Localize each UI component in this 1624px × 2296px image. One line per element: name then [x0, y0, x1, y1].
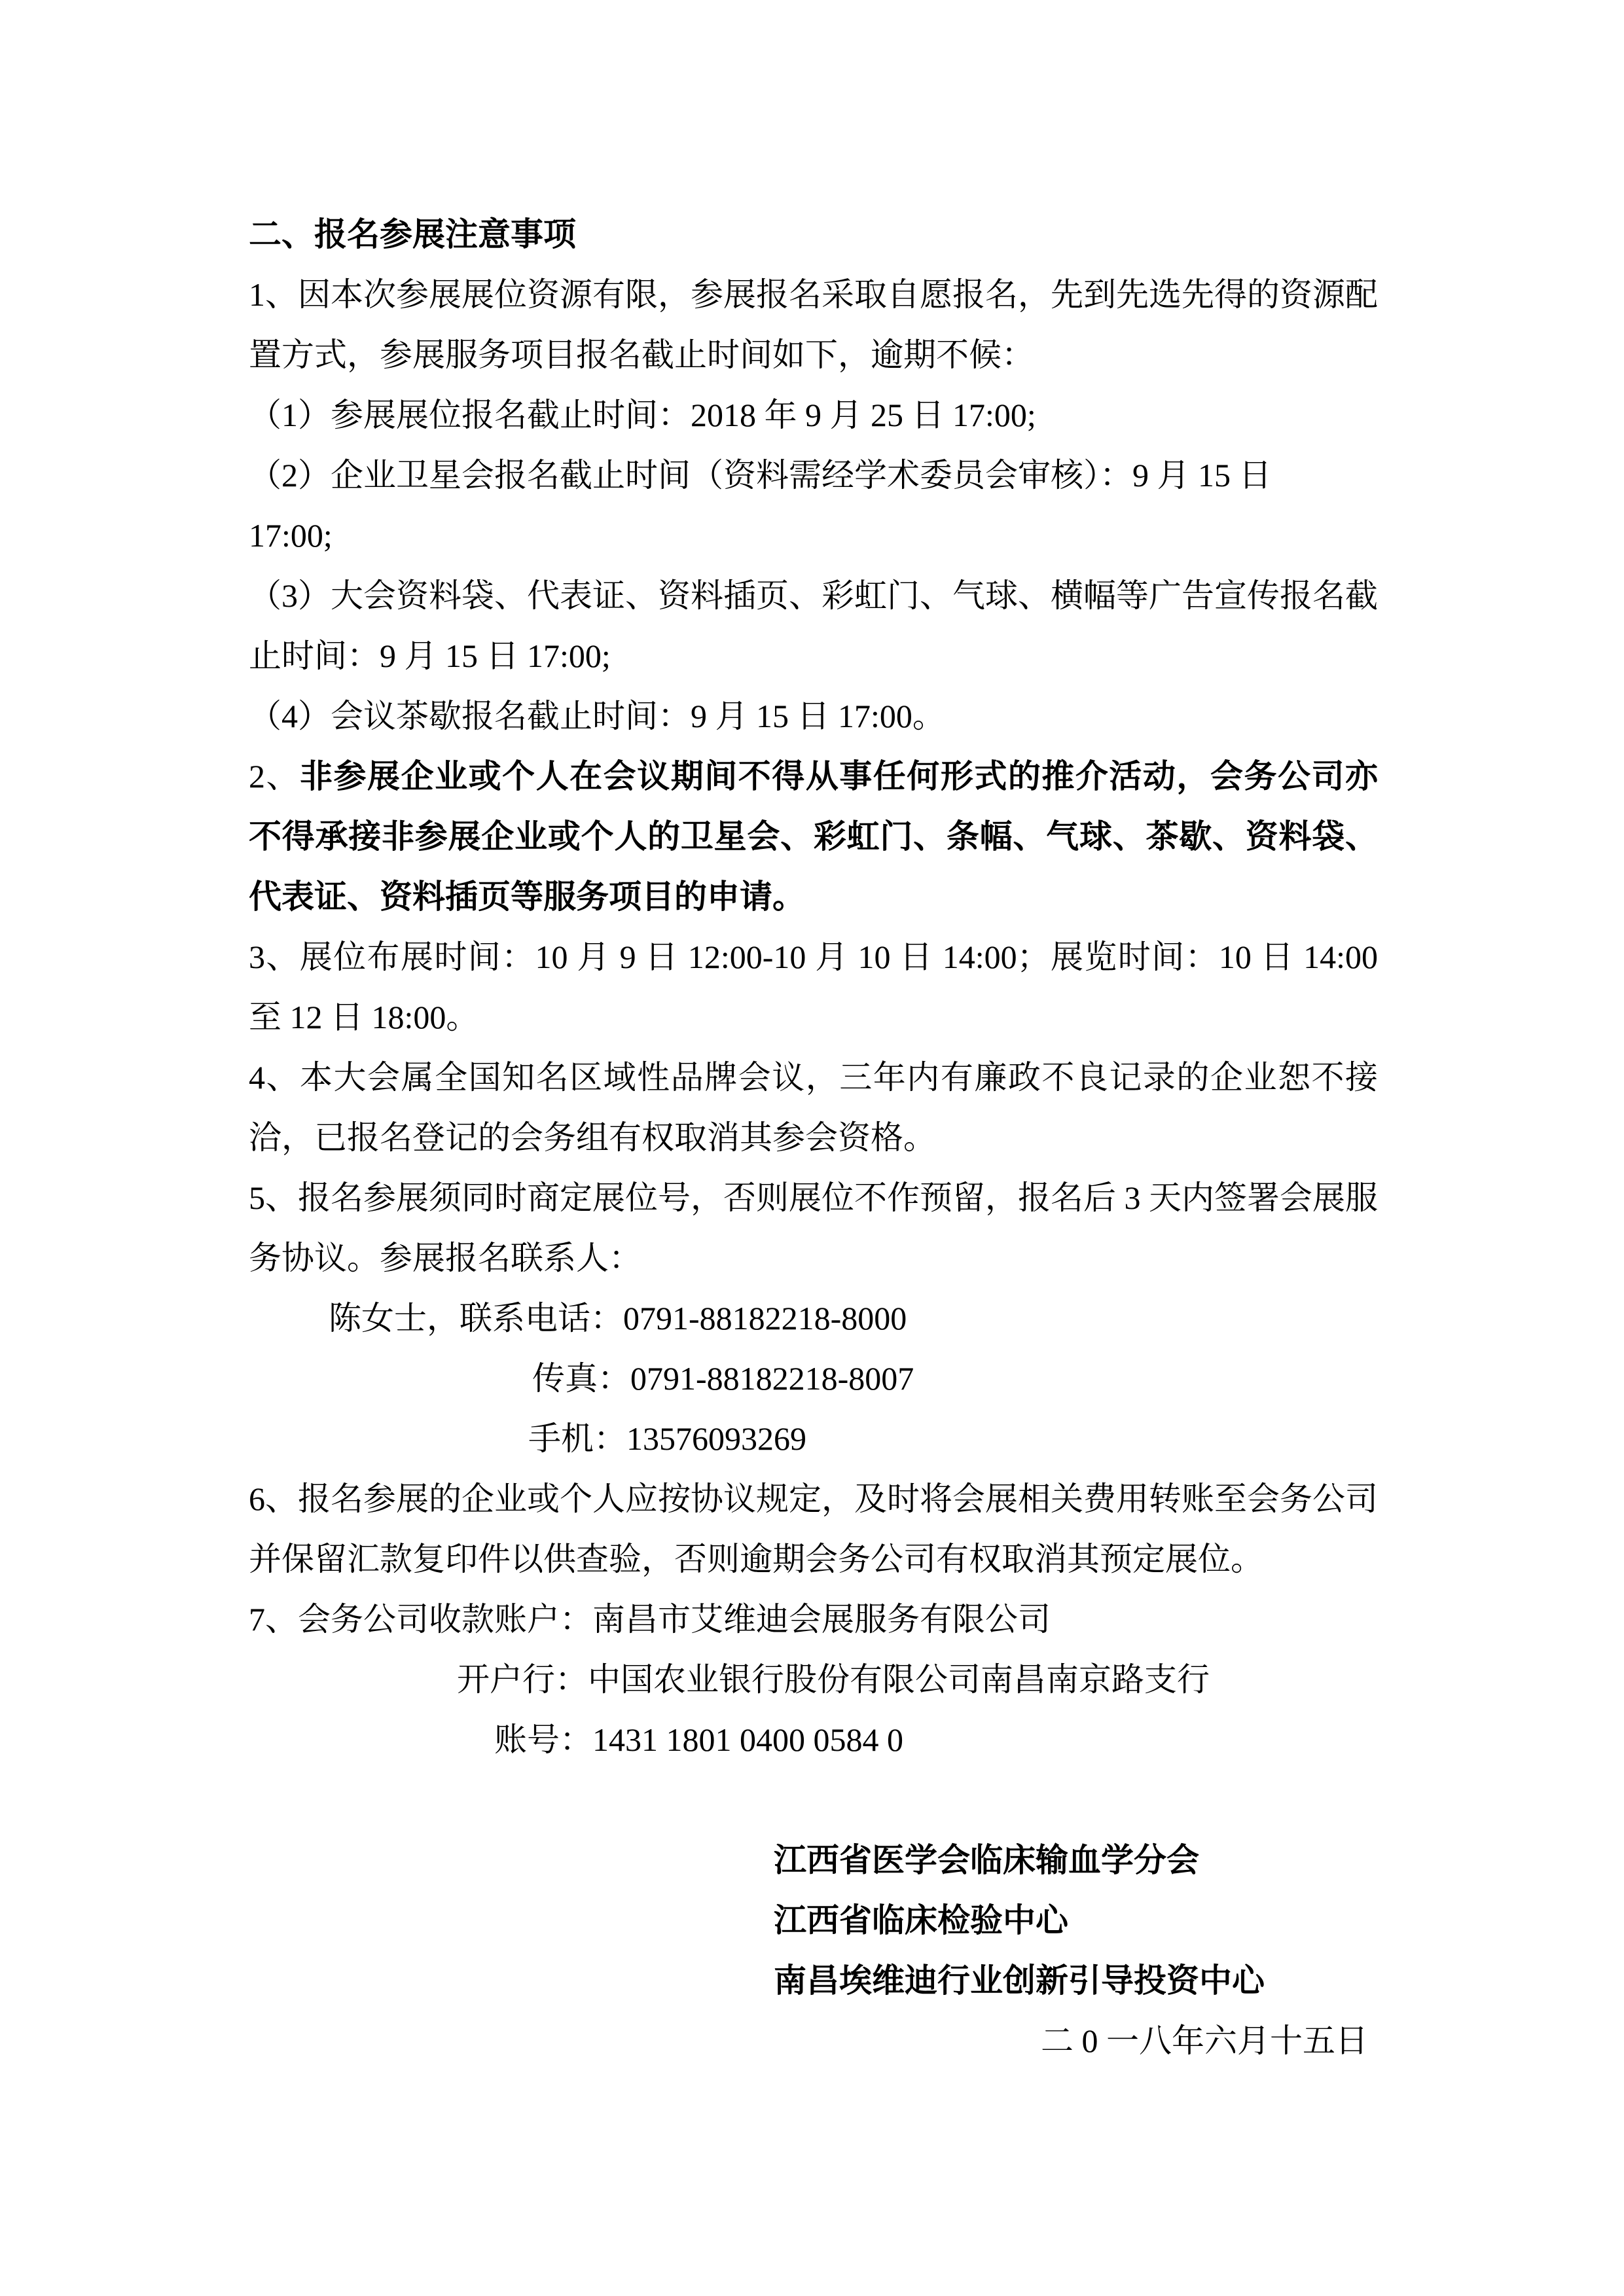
item-2-line-3: 代表证、资料插页等服务项目的申请。 — [249, 867, 1378, 927]
text-segment: 1、因本次参展展位资源有限，参展报名采取自愿报名，先到先选先得的资源配 — [249, 276, 1378, 313]
item-5-line-1: 5、报名参展须同时商定展位号，否则展位不作预留，报名后 3 天内签署会展服 — [249, 1168, 1378, 1228]
signature-org-2: 江西省临床检验中心 — [249, 1890, 1378, 1950]
text-segment: 开户行：中国农业银行股份有限公司南昌南京路支行 — [457, 1661, 1210, 1698]
text-segment: 5、报名参展须同时商定展位号，否则展位不作预留，报名后 3 天内签署会展服 — [249, 1179, 1378, 1216]
item-4-line-2: 洽，已报名登记的会务组有权取消其参会资格。 — [249, 1107, 1378, 1168]
item-2-line-2: 不得承接非参展企业或个人的卫星会、彩虹门、条幅、气球、茶歇、资料袋、 — [249, 806, 1378, 867]
text-segment: 2、 — [249, 758, 300, 795]
item-6-line-1: 6、报名参展的企业或个人应按协议规定，及时将会展相关费用转账至会务公司 — [249, 1469, 1378, 1529]
text-segment: （3）大会资料袋、代表证、资料插页、彩虹门、气球、横幅等广告宣传报名截 — [249, 577, 1378, 614]
text-segment: 洽，已报名登记的会务组有权取消其参会资格。 — [249, 1119, 936, 1156]
bold-text-segment: 代表证、资料插页等服务项目的申请。 — [249, 878, 805, 915]
item-2-line-1: 2、非参展企业或个人在会议期间不得从事任何形式的推介活动，会务公司亦 — [249, 746, 1378, 806]
bold-text-segment: 不得承接非参展企业或个人的卫星会、彩虹门、条幅、气球、茶歇、资料袋、 — [249, 818, 1378, 855]
text-segment: 并保留汇款复印件以供查验，否则逾期会务公司有权取消其预定展位。 — [249, 1541, 1263, 1577]
text-segment: 6、报名参展的企业或个人应按协议规定，及时将会展相关费用转账至会务公司 — [249, 1480, 1378, 1517]
signature-org-3: 南昌埃维迪行业创新引导投资中心 — [249, 1950, 1378, 2011]
item-4-line-1: 4、本大会属全国知名区域性品牌会议，三年内有廉政不良记录的企业恕不接 — [249, 1047, 1378, 1107]
text-segment: （4）会议茶歇报名截止时间：9 月 15 日 17:00。 — [249, 698, 945, 734]
text-segment: 传真：0791-88182218-8007 — [532, 1360, 914, 1397]
section-heading: 二、报名参展注意事项 — [249, 204, 1378, 264]
signature-org-1: 江西省医学会临床输血学分会 — [249, 1830, 1378, 1890]
bold-text-segment: 江西省临床检验中心 — [774, 1902, 1068, 1939]
text-segment: 7、会务公司收款账户：南昌市艾维迪会展服务有限公司 — [249, 1601, 1051, 1638]
item-1-line-1: 1、因本次参展展位资源有限，参展报名采取自愿报名，先到先选先得的资源配 — [249, 264, 1378, 325]
item-1-sub-1: （1）参展展位报名截止时间：2018 年 9 月 25 日 17:00; — [249, 385, 1378, 445]
blank-line — [249, 1770, 1378, 1830]
bold-text-segment: 南昌埃维迪行业创新引导投资中心 — [774, 1962, 1265, 1999]
item-1-sub-2-line-2: 17:00; — [249, 505, 1378, 565]
text-segment: （1）参展展位报名截止时间：2018 年 9 月 25 日 17:00; — [249, 397, 1036, 433]
item-1-line-2: 置方式，参展服务项目报名截止时间如下，逾期不候： — [249, 325, 1378, 385]
text-segment: 至 12 日 18:00。 — [249, 999, 478, 1035]
contact-mobile-line: 手机：13576093269 — [249, 1408, 1378, 1469]
item-1-sub-4: （4）会议茶歇报名截止时间：9 月 15 日 17:00。 — [249, 686, 1378, 746]
text-segment: 17:00; — [249, 517, 333, 554]
text-segment: （2）企业卫星会报名截止时间（资料需经学术委员会审核）：9 月 15 日 — [249, 457, 1272, 493]
text-segment: 3、展位布展时间：10 月 9 日 12:00-10 月 10 日 14:00；… — [249, 939, 1378, 975]
document-content: 二、报名参展注意事项1、因本次参展展位资源有限，参展报名采取自愿报名，先到先选先… — [249, 204, 1378, 2071]
text-segment: 手机：13576093269 — [528, 1420, 806, 1457]
contact-fax-line: 传真：0791-88182218-8007 — [249, 1348, 1378, 1408]
document-page: 二、报名参展注意事项1、因本次参展展位资源有限，参展报名采取自愿报名，先到先选先… — [0, 0, 1624, 2296]
item-1-sub-3-line-2: 止时间：9 月 15 日 17:00; — [249, 626, 1378, 686]
item-5-line-2: 务协议。参展报名联系人： — [249, 1228, 1378, 1288]
bank-line: 开户行：中国农业银行股份有限公司南昌南京路支行 — [249, 1649, 1378, 1710]
text-segment: 账号：1431 1801 0400 0584 0 — [494, 1721, 903, 1758]
text-segment: 二 0 一八年六月十五日 — [1041, 2022, 1368, 2059]
item-7-line-1: 7、会务公司收款账户：南昌市艾维迪会展服务有限公司 — [249, 1589, 1378, 1649]
signature-date: 二 0 一八年六月十五日 — [249, 2011, 1378, 2071]
item-3-line-2: 至 12 日 18:00。 — [249, 987, 1378, 1047]
text-segment: 止时间：9 月 15 日 17:00; — [249, 637, 611, 674]
text-segment: 置方式，参展服务项目报名截止时间如下，逾期不候： — [249, 336, 1034, 373]
item-6-line-2: 并保留汇款复印件以供查验，否则逾期会务公司有权取消其预定展位。 — [249, 1529, 1378, 1589]
bold-text-segment: 二、报名参展注意事项 — [249, 216, 576, 253]
bold-text-segment: 非参展企业或个人在会议期间不得从事任何形式的推介活动，会务公司亦 — [300, 758, 1378, 795]
account-line: 账号：1431 1801 0400 0584 0 — [249, 1710, 1378, 1770]
item-1-sub-3-line-1: （3）大会资料袋、代表证、资料插页、彩虹门、气球、横幅等广告宣传报名截 — [249, 565, 1378, 626]
item-3-line-1: 3、展位布展时间：10 月 9 日 12:00-10 月 10 日 14:00；… — [249, 927, 1378, 987]
text-segment: 务协议。参展报名联系人： — [249, 1240, 641, 1276]
bold-text-segment: 江西省医学会临床输血学分会 — [774, 1842, 1199, 1878]
text-segment: 陈女士，联系电话：0791-88182218-8000 — [329, 1300, 907, 1336]
contact-phone-line: 陈女士，联系电话：0791-88182218-8000 — [249, 1288, 1378, 1348]
text-segment: 4、本大会属全国知名区域性品牌会议，三年内有廉政不良记录的企业恕不接 — [249, 1059, 1378, 1096]
item-1-sub-2-line-1: （2）企业卫星会报名截止时间（资料需经学术委员会审核）：9 月 15 日 — [249, 445, 1378, 505]
